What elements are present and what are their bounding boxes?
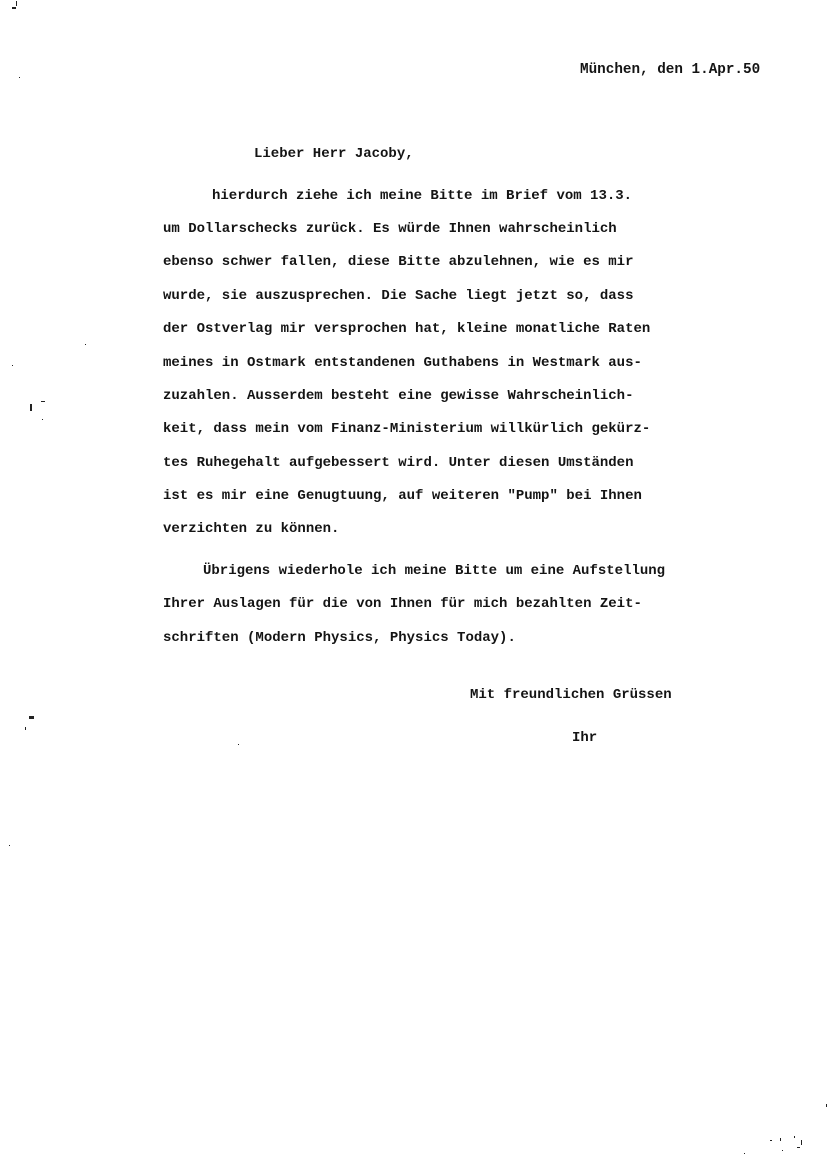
- paragraph-line: wurde, sie auszusprechen. Die Sache lieg…: [163, 288, 633, 304]
- salutation: Lieber Herr Jacoby,: [254, 146, 414, 162]
- scan-speck: [16, 1, 17, 6]
- scan-speck: [12, 365, 13, 366]
- paragraph-line: zuzahlen. Ausserdem besteht eine gewisse…: [163, 388, 633, 404]
- paragraph-line: keit, dass mein vom Finanz-Ministerium w…: [163, 421, 650, 437]
- scan-speck: [801, 1140, 802, 1145]
- signature: Ihr: [572, 730, 597, 746]
- date-line: München, den 1.Apr.50: [580, 62, 760, 78]
- scan-speck: [9, 845, 10, 846]
- paragraph-line: um Dollarschecks zurück. Es würde Ihnen …: [163, 221, 617, 237]
- closing: Mit freundlichen Grüssen: [470, 687, 672, 703]
- scan-speck: [780, 1138, 781, 1141]
- scan-speck: [744, 1153, 745, 1154]
- scan-speck: [794, 1136, 795, 1138]
- scan-speck: [30, 404, 32, 411]
- scan-speck: [797, 1147, 800, 1148]
- scan-speck: [826, 1104, 827, 1107]
- scan-speck: [782, 1150, 783, 1151]
- paragraph-line: meines in Ostmark entstandenen Guthabens…: [163, 355, 642, 371]
- scan-speck: [41, 401, 45, 402]
- scan-speck: [12, 7, 16, 9]
- letter-page: München, den 1.Apr.50 Lieber Herr Jacoby…: [0, 0, 840, 1169]
- paragraph-line: hierdurch ziehe ich meine Bitte im Brief…: [212, 188, 632, 204]
- paragraph-line: verzichten zu können.: [163, 521, 339, 537]
- scan-speck: [770, 1140, 772, 1141]
- paragraph-line: der Ostverlag mir versprochen hat, klein…: [163, 321, 650, 337]
- scan-speck: [29, 716, 34, 719]
- paragraph-line: tes Ruhegehalt aufgebessert wird. Unter …: [163, 455, 633, 471]
- scan-speck: [42, 419, 43, 420]
- scan-speck: [238, 744, 239, 745]
- scan-speck: [19, 77, 20, 78]
- scan-speck: [25, 727, 26, 730]
- paragraph-line: schriften (Modern Physics, Physics Today…: [163, 630, 516, 646]
- paragraph-line: ebenso schwer fallen, diese Bitte abzule…: [163, 254, 633, 270]
- paragraph-line: Übrigens wiederhole ich meine Bitte um e…: [203, 563, 665, 579]
- paragraph-line: Ihrer Auslagen für die von Ihnen für mic…: [163, 596, 642, 612]
- paragraph-line: ist es mir eine Genugtuung, auf weiteren…: [163, 488, 642, 504]
- scan-speck: [85, 344, 86, 345]
